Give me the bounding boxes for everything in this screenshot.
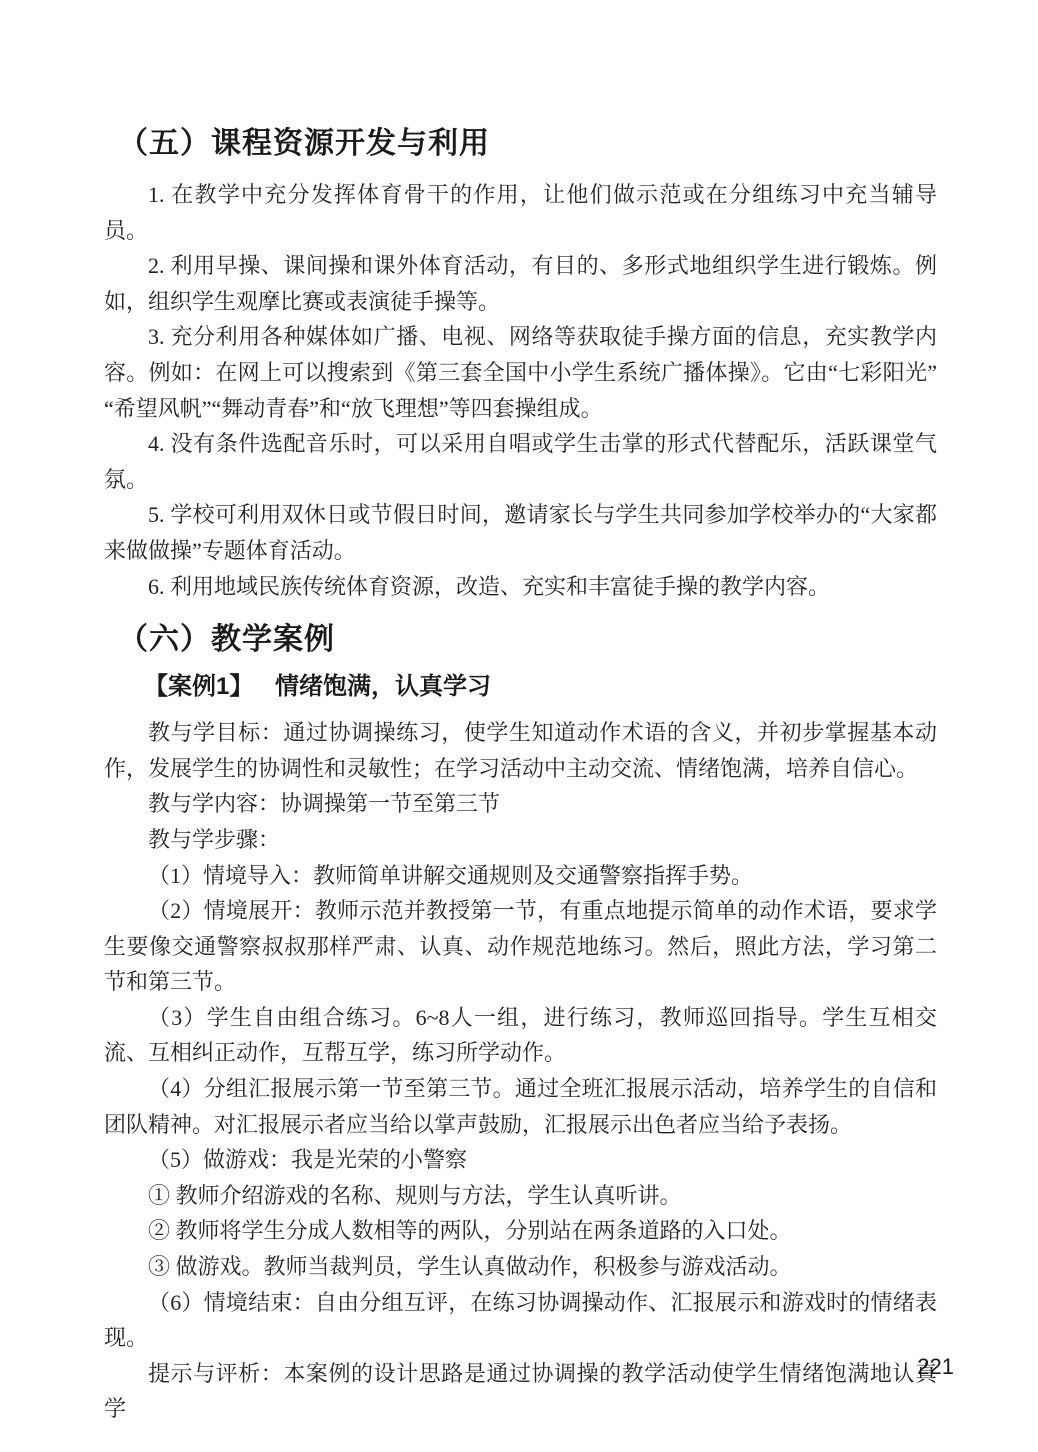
case-1-heading: 【案例1】情绪饱满，认真学习 <box>144 670 937 704</box>
case-1-goal-paragraph: 教与学目标：通过协调操练习，使学生知道动作术语的含义，并初步掌握基本动作，发展学… <box>104 715 937 786</box>
case-1-step-5-item-3: ③ 做游戏。教师当裁判员，学生认真做动作，积极参与游戏活动。 <box>104 1249 937 1285</box>
case-1-label: 【案例1】 <box>144 673 253 700</box>
section-5-heading: （五）课程资源开发与利用 <box>118 124 937 164</box>
section-6-heading: （六）教学案例 <box>118 620 937 660</box>
page-number: 221 <box>917 1354 954 1380</box>
section-5-paragraph-2: 2. 利用早操、课间操和课外体育活动，有目的、多形式地组织学生进行锻炼。例如，组… <box>104 248 937 319</box>
case-1-content-paragraph: 教与学内容：协调操第一节至第三节 <box>104 786 937 822</box>
case-1-review-paragraph: 提示与评析：本案例的设计思路是通过协调操的教学活动使学生情绪饱满地认真学 <box>104 1356 937 1427</box>
case-1-step-5: （5）做游戏：我是光荣的小警察 <box>104 1142 937 1178</box>
case-1-step-2: （2）情境展开：教师示范并教授第一节，有重点地提示简单的动作术语，要求学生要像交… <box>104 893 937 1000</box>
section-5-paragraph-1: 1. 在教学中充分发挥体育骨干的作用，让他们做示范或在分组练习中充当辅导员。 <box>104 177 937 248</box>
section-5-paragraph-6: 6. 利用地域民族传统体育资源，改造、充实和丰富徒手操的教学内容。 <box>104 569 937 605</box>
case-1-title: 情绪饱满，认真学习 <box>275 673 491 700</box>
section-5-paragraph-4: 4. 没有条件选配音乐时，可以采用自唱或学生击掌的形式代替配乐，活跃课堂气氛。 <box>104 426 937 497</box>
section-5-paragraph-3: 3. 充分利用各种媒体如广播、电视、网络等获取徒手操方面的信息，充实教学内容。例… <box>104 319 937 426</box>
case-1-step-1: （1）情境导入：教师简单讲解交通规则及交通警察指挥手势。 <box>104 858 937 894</box>
case-1-step-5-item-2: ② 教师将学生分成人数相等的两队，分别站在两条道路的入口处。 <box>104 1213 937 1249</box>
document-page: （五）课程资源开发与利用 1. 在教学中充分发挥体育骨干的作用，让他们做示范或在… <box>0 0 1038 1452</box>
case-1-step-4: （4）分组汇报展示第一节至第三节。通过全班汇报展示活动，培养学生的自信和团队精神… <box>104 1071 937 1142</box>
case-1-step-5-item-1: ① 教师介绍游戏的名称、规则与方法，学生认真听讲。 <box>104 1178 937 1214</box>
case-1-step-6: （6）情境结束：自由分组互评，在练习协调操动作、汇报展示和游戏时的情绪表现。 <box>104 1285 937 1356</box>
case-1-step-3: （3）学生自由组合练习。6~8人一组，进行练习，教师巡回指导。学生互相交流、互相… <box>104 1000 937 1071</box>
page-content: （五）课程资源开发与利用 1. 在教学中充分发挥体育骨干的作用，让他们做示范或在… <box>104 0 937 1427</box>
section-5-paragraph-5: 5. 学校可利用双休日或节假日时间，邀请家长与学生共同参加学校举办的“大家都来做… <box>104 497 937 568</box>
case-1-steps-label: 教与学步骤： <box>104 822 937 858</box>
